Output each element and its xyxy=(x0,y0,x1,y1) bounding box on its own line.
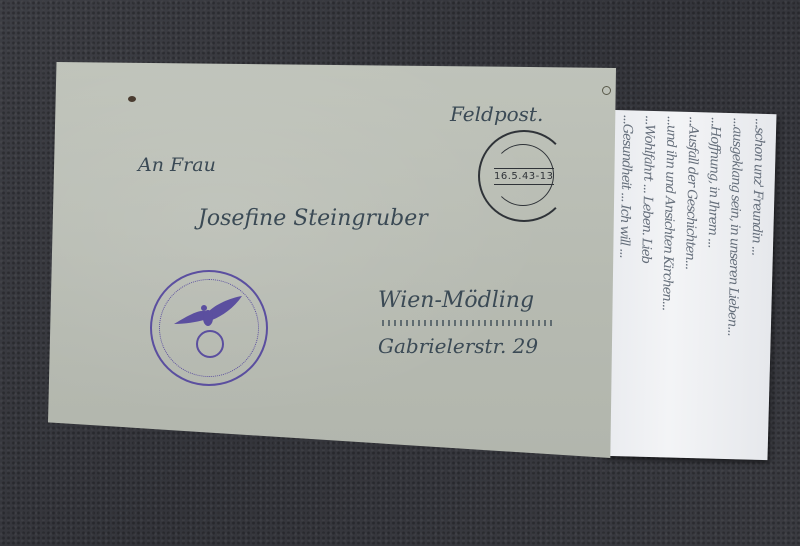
letter-line: ...und ihn und Ansichten Kirchen... xyxy=(655,115,679,453)
letter-line: ...Hoffnung, in Ihrem ... xyxy=(699,116,723,454)
recipient-street: Gabrielerstr. 29 xyxy=(378,334,538,358)
handwritten-letter: ...schon unz' Freundin ... ...ausgeklang… xyxy=(601,110,776,460)
city-underline xyxy=(378,320,556,326)
letter-text: ...schon unz' Freundin ... ...ausgeklang… xyxy=(608,114,771,456)
stain-spot xyxy=(602,86,611,95)
postmark: 16.5.43-13 xyxy=(478,130,570,222)
letter-line: ...Wohlfahrt ... Leben. Lieb xyxy=(633,115,657,453)
letter-line: ...schon unz' Freundin ... xyxy=(743,118,767,456)
recipient-city: Wien-Mödling xyxy=(378,288,534,313)
envelope: Feldpost. 16.5.43-13 An Frau Josefine St… xyxy=(48,62,616,458)
stain-spot xyxy=(128,96,136,102)
sender-note: Feldpost. xyxy=(450,102,543,126)
letter-line: ...ausgeklang sein, in unseren Lieben... xyxy=(721,117,745,455)
seal-emblem-disc xyxy=(196,330,224,358)
postmark-date: 16.5.43-13 xyxy=(494,168,554,185)
official-seal-stamp xyxy=(150,270,268,386)
recipient-name: Josefine Steingruber xyxy=(198,206,428,231)
salutation: An Frau xyxy=(138,154,216,176)
letter-line: ...Gesundheit ... Ich will ... xyxy=(611,114,635,452)
letter-line: ...Ausfall der Geschichten... xyxy=(677,116,701,454)
